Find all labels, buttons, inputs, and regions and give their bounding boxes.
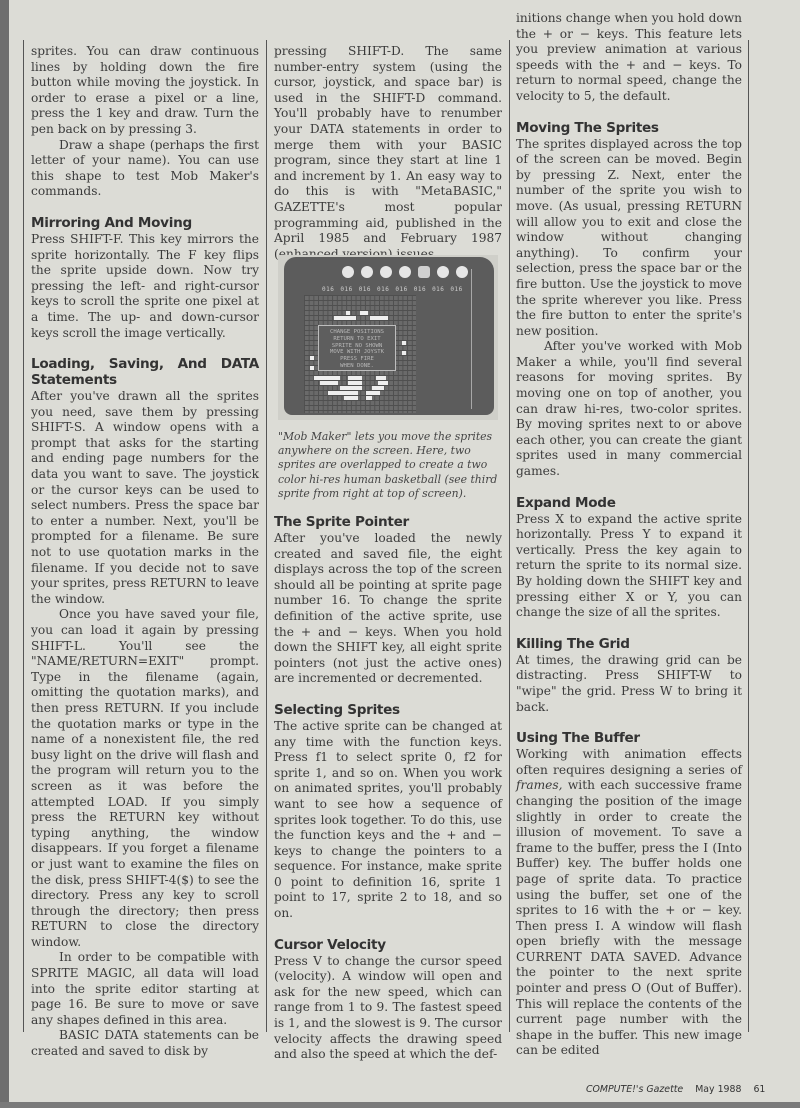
section-heading: Killing The Grid bbox=[516, 636, 742, 652]
dialog-line: PRESS FIRE bbox=[319, 356, 395, 363]
pointer-label: 016 bbox=[322, 286, 334, 293]
paragraph: sprites. You can draw continuous lines b… bbox=[31, 44, 259, 138]
dialog-line: WHEN DONE. bbox=[319, 363, 395, 370]
paragraph: Press V to change the cursor speed (velo… bbox=[274, 954, 502, 1063]
section-heading: Mirroring And Moving bbox=[31, 215, 259, 231]
column-rule bbox=[748, 40, 749, 1032]
section-heading: Expand Mode bbox=[516, 495, 742, 511]
sprite-pointer-labels: 016 016 016 016 016 016 016 016 bbox=[322, 286, 463, 293]
pointer-label: 016 bbox=[450, 286, 462, 293]
human-sprite-icon bbox=[418, 266, 430, 278]
text-run: with each successive frame changing the … bbox=[516, 778, 742, 1057]
basketball-sprite-icon bbox=[437, 266, 449, 278]
crt-screen: 016 016 016 016 016 016 016 016 bbox=[284, 257, 494, 415]
text-run: Working with animation effects often req… bbox=[516, 747, 742, 777]
column-rule bbox=[23, 40, 24, 1032]
figure-caption: "Mob Maker" lets you move the sprites an… bbox=[278, 430, 506, 501]
basketball-sprite-icon bbox=[361, 266, 373, 278]
pointer-label: 016 bbox=[395, 286, 407, 293]
grid-pixel bbox=[348, 376, 362, 380]
paragraph: After you've drawn all the sprites you n… bbox=[31, 389, 259, 607]
paragraph: pressing SHIFT-D. The same number-entry … bbox=[274, 44, 502, 262]
paragraph: initions change when you hold down the +… bbox=[516, 11, 742, 105]
pointer-label: 016 bbox=[377, 286, 389, 293]
grid-pixel bbox=[346, 311, 350, 315]
grid-pixel bbox=[320, 381, 338, 385]
grid-pixel bbox=[378, 381, 388, 385]
paragraph: In order to be compatible with SPRITE MA… bbox=[31, 950, 259, 1028]
paragraph: Press SHIFT-F. This key mirrors the spri… bbox=[31, 232, 259, 341]
grid-pixel bbox=[372, 386, 384, 390]
paragraph: BASIC DATA statements can be created and… bbox=[31, 1028, 259, 1059]
page-footer: COMPUTE!'s Gazette May 1988 61 bbox=[586, 1084, 765, 1095]
grid-pixel bbox=[344, 396, 358, 400]
screen-divider bbox=[471, 269, 472, 409]
grid-pixel bbox=[328, 391, 358, 395]
paragraph: Once you have saved your file, you can l… bbox=[31, 607, 259, 950]
section-heading: Selecting Sprites bbox=[274, 702, 502, 718]
paragraph: The active sprite can be changed at any … bbox=[274, 719, 502, 922]
paragraph: Working with animation effects often req… bbox=[516, 747, 742, 1059]
page-number: 61 bbox=[753, 1084, 765, 1095]
paragraph: Press X to expand the active sprite hori… bbox=[516, 512, 742, 621]
basketball-sprite-icon bbox=[342, 266, 354, 278]
section-heading: The Sprite Pointer bbox=[274, 514, 502, 530]
column-rule bbox=[509, 40, 510, 1032]
pointer-label: 016 bbox=[414, 286, 426, 293]
basketball-sprite-icon bbox=[456, 266, 468, 278]
grid-pixel bbox=[360, 311, 368, 315]
grid-pixel bbox=[370, 316, 388, 320]
magazine-name: COMPUTE!'s Gazette bbox=[586, 1084, 683, 1095]
grid-pixel bbox=[366, 396, 372, 400]
column-2-top: pressing SHIFT-D. The same number-entry … bbox=[274, 44, 502, 262]
issue-date: May 1988 bbox=[695, 1084, 741, 1095]
dialog-line: RETURN TO EXIT bbox=[319, 336, 395, 343]
scan-bottom-edge bbox=[0, 1102, 800, 1108]
emphasis-text: frames, bbox=[516, 778, 563, 792]
paragraph: Draw a shape (perhaps the first letter o… bbox=[31, 138, 259, 200]
paragraph: The sprites displayed across the top of … bbox=[516, 137, 742, 340]
dialog-line: CHANGE POSITIONS bbox=[319, 329, 395, 336]
sprite-display-row bbox=[342, 266, 468, 278]
basketball-sprite-icon bbox=[399, 266, 411, 278]
pointer-label: 016 bbox=[340, 286, 352, 293]
grid-pixel bbox=[334, 316, 356, 320]
grid-pixel bbox=[402, 351, 406, 355]
section-heading: Loading, Saving, And DATA Statements bbox=[31, 356, 259, 388]
column-rule bbox=[266, 40, 267, 1032]
paragraph: After you've worked with Mob Maker a whi… bbox=[516, 339, 742, 479]
change-positions-dialog: CHANGE POSITIONS RETURN TO EXIT SPRITE N… bbox=[318, 325, 396, 371]
grid-pixel bbox=[376, 376, 386, 380]
grid-pixel bbox=[314, 376, 340, 380]
grid-pixel bbox=[348, 381, 362, 385]
grid-pixel bbox=[402, 341, 406, 345]
section-heading: Moving The Sprites bbox=[516, 120, 742, 136]
paragraph: After you've loaded the newly created an… bbox=[274, 531, 502, 687]
column-3: initions change when you hold down the +… bbox=[516, 11, 742, 1059]
section-heading: Using The Buffer bbox=[516, 730, 742, 746]
column-2-bottom: The Sprite Pointer After you've loaded t… bbox=[274, 510, 502, 1063]
grid-pixel bbox=[310, 356, 314, 360]
dialog-line: SPRITE NO SHOWN bbox=[319, 343, 395, 350]
figure-screenshot: 016 016 016 016 016 016 016 016 bbox=[278, 255, 498, 420]
section-heading: Cursor Velocity bbox=[274, 937, 502, 953]
basketball-sprite-icon bbox=[380, 266, 392, 278]
column-1: sprites. You can draw continuous lines b… bbox=[31, 44, 259, 1060]
pointer-label: 016 bbox=[359, 286, 371, 293]
pointer-label: 016 bbox=[432, 286, 444, 293]
scan-left-edge bbox=[0, 0, 9, 1108]
grid-pixel bbox=[340, 386, 362, 390]
dialog-line: MOVE WITH JOYSTK bbox=[319, 349, 395, 356]
paragraph: At times, the drawing grid can be distra… bbox=[516, 653, 742, 715]
grid-pixel bbox=[310, 366, 314, 370]
grid-pixel bbox=[366, 391, 380, 395]
